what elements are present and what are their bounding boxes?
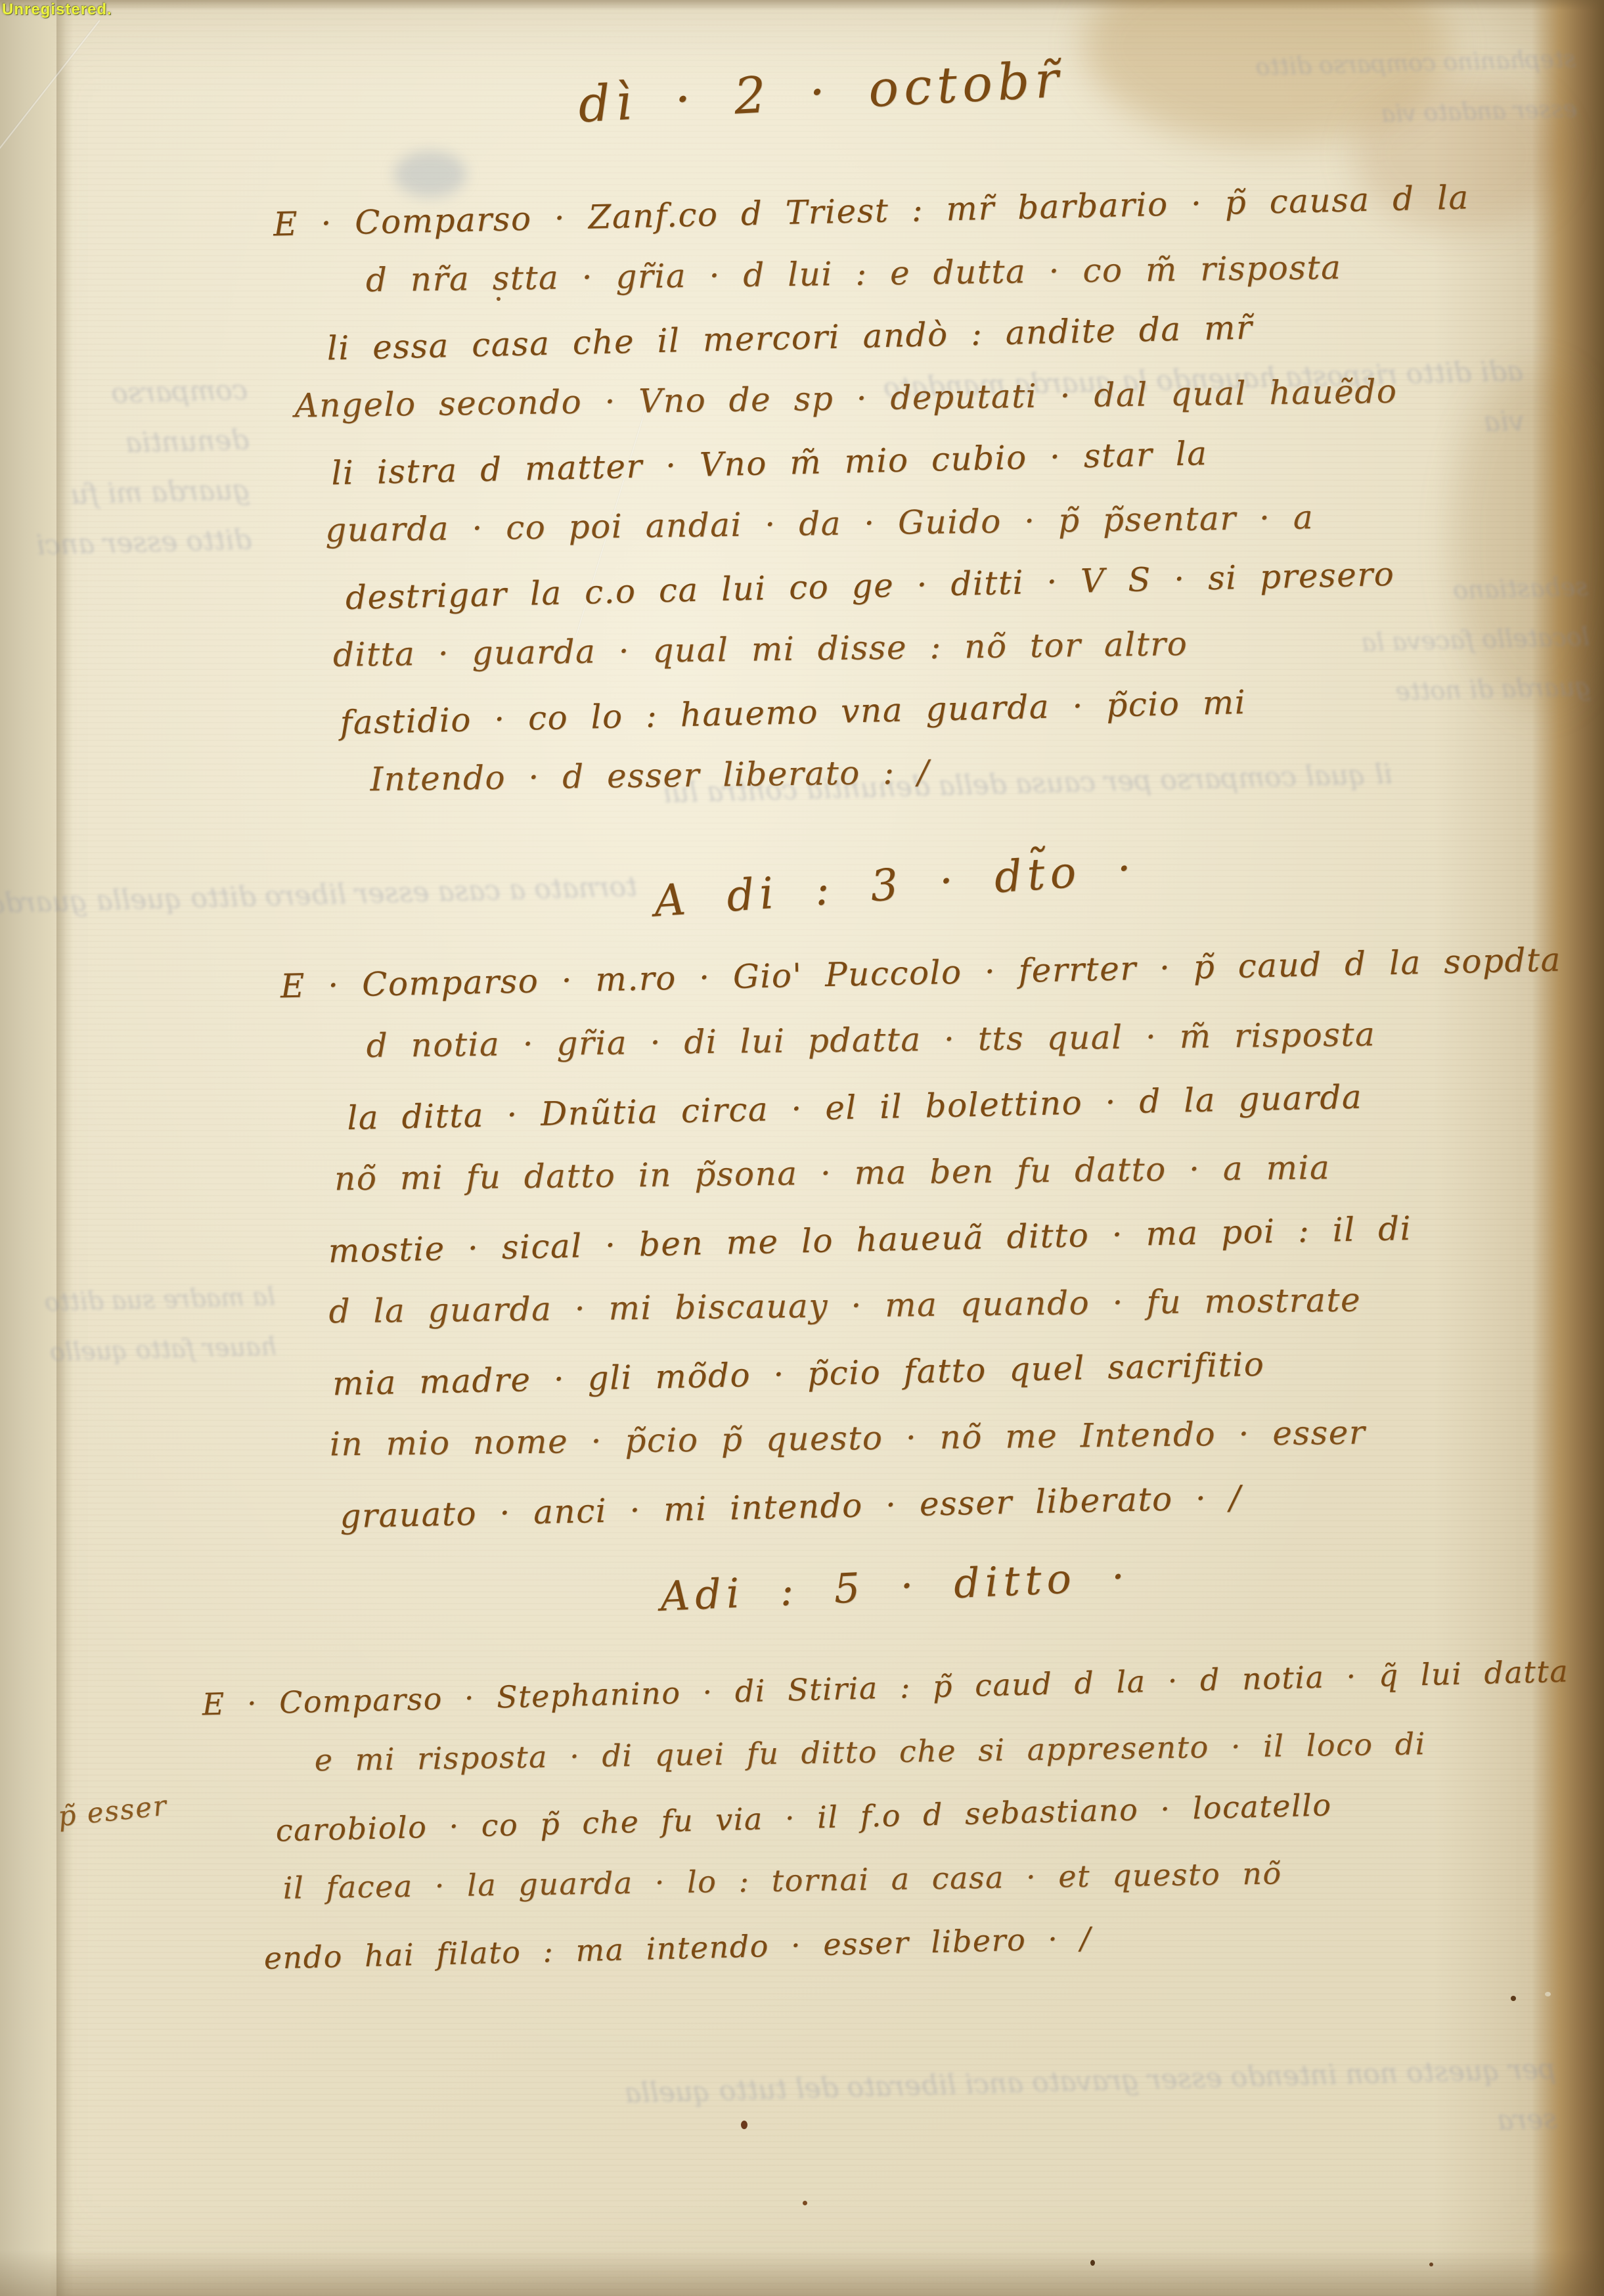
bleedthrough-text: la madre sua ditto hauer fatto quello xyxy=(38,1271,277,1377)
entry-3-paragraph: E · Comparso · Stephanino · di Stiria : … xyxy=(202,1663,1572,1996)
bleedthrough-text: comparso denuntia guarda mi fu ditto ess… xyxy=(24,365,252,571)
bleedthrough-text: stephanino comparso ditto esser andato v… xyxy=(1207,35,1578,145)
entry-2-paragraph: E · Comparso · m.ro · Gio' Puccolo · fer… xyxy=(280,949,1566,1556)
ink-speck xyxy=(1511,1996,1516,2001)
entry-1-paragraph: E · Comparso · Zanf.co d Triest : mr̃ ba… xyxy=(273,187,1475,821)
entry-1-date-heading: dì · 2 · octobr̃ xyxy=(577,50,1065,134)
faint-blue-smudge xyxy=(394,151,466,197)
entry-3-date-heading: Adi : 5 · ditto · xyxy=(659,1552,1131,1620)
ink-speck xyxy=(1090,2260,1095,2266)
unregistered-watermark: Unregistered. xyxy=(2,1,112,19)
paper-fleck xyxy=(1545,1992,1551,1996)
manuscript-scan-page: Unregistered. comparso denuntia guarda m… xyxy=(0,0,1604,2296)
bottom-edge-shadow xyxy=(0,2250,1604,2296)
ink-speck xyxy=(803,2201,807,2205)
binding-seam-shadow xyxy=(56,0,74,2296)
bleedthrough-text: per questo non intendo esser gravato anc… xyxy=(623,2044,1557,2168)
entry-2-date-heading: A di : 3 · dt̃o · xyxy=(652,842,1138,926)
ink-speck xyxy=(1429,2262,1433,2266)
bleedthrough-text: tornato a casa esser libero ditto quella… xyxy=(216,862,638,923)
